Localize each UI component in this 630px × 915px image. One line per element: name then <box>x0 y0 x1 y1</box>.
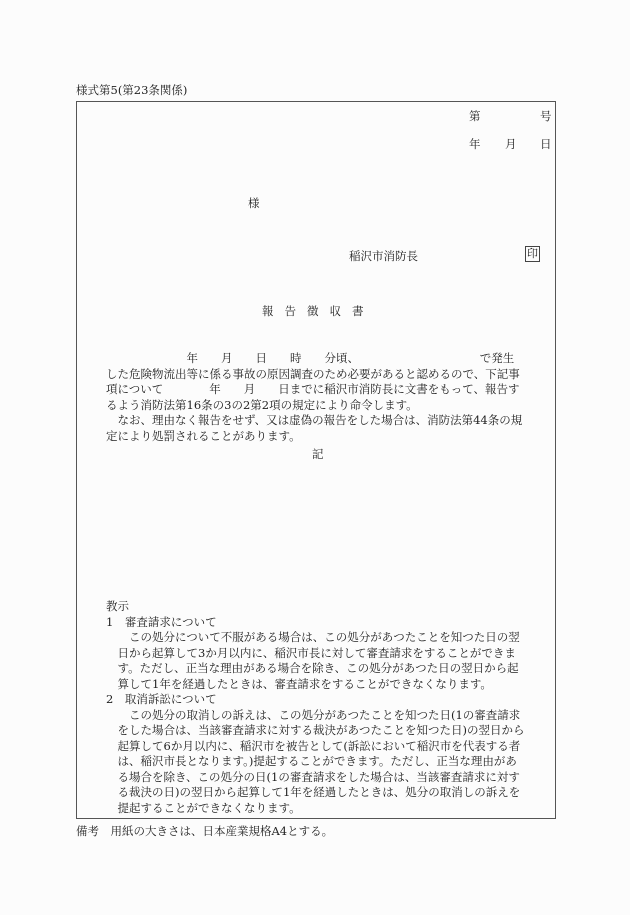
instruction-line: この処分について不服がある場合は、この処分があつたことを知つた日の翌 <box>106 630 556 646</box>
date-year-label: 年 <box>469 136 481 152</box>
body-line: 定により処罰されることがあります。 <box>106 429 556 445</box>
date-day-label: 日 <box>540 136 552 152</box>
instruction-line: 算して1年を経過したときは、審査請求をすることができなくなります。 <box>106 677 556 693</box>
body-line: した危険物流出等に係る事故の原因調査のため必要があると認めるので、下記事 <box>106 367 556 383</box>
instruction-line: 2 取消訴訟について <box>106 692 556 708</box>
instruction-line: この処分の取消しの訴えは、この処分があつたことを知つた日(1の審査請求 <box>106 708 556 724</box>
order-body: 年 月 日 時 分頃、 で発生 した危険物流出等に係る事故の原因調査のため必要が… <box>106 351 556 444</box>
body-line: 項について 年 月 日までに稲沢市消防長に文書をもって、報告す <box>106 382 556 398</box>
date-month-label: 月 <box>505 136 517 152</box>
instruction-line: す。ただし、正当な理由がある場合を除き、この処分があつた日の翌日から起 <box>106 661 556 677</box>
issuer-name: 稲沢市消防長 <box>349 248 418 264</box>
instruction-line: 1 審査請求について <box>106 615 556 631</box>
addressee-suffix: 様 <box>248 195 260 211</box>
instruction-line: 提起することができなくなります。 <box>106 801 556 817</box>
number-prefix: 第 <box>469 108 481 124</box>
instruction-line: 起算して6か月以内に、稲沢市を被告として(訴訟において稲沢市を代表する者 <box>106 739 556 755</box>
number-suffix: 号 <box>540 108 552 124</box>
seal-icon: 印 <box>525 246 540 262</box>
instruction-line: る裁決の日)の翌日から起算して1年を経過したときは、処分の取消しの訴えを <box>106 785 556 801</box>
instruction-line: る場合を除き、この処分の日(1の審査請求をした場合は、当該審査請求に対す <box>106 770 556 786</box>
remark-note: 備考 用紙の大きさは、日本産業規格A4とする。 <box>76 823 333 839</box>
instruction-line: は、稲沢市長となります。)提起することができます。ただし、正当な理由があ <box>106 754 556 770</box>
form-label: 様式第5(第23条関係) <box>76 82 187 98</box>
ki-heading: 記 <box>312 446 324 462</box>
document-title: 報告徴収書 <box>262 303 375 319</box>
instruction-line: 日から起算して3か月以内に、稲沢市長に対して審査請求をすることができま <box>106 646 556 662</box>
instruction-line: をした場合は、当該審査請求に対する裁決があつたことを知つた日)の翌日から <box>106 723 556 739</box>
body-line: 年 月 日 時 分頃、 で発生 <box>106 351 556 367</box>
body-line: るよう消防法第16条の3の2第2項の規定により命令します。 <box>106 398 556 414</box>
instructions-heading: 教示 <box>106 599 556 615</box>
instructions-section: 教示 1 審査請求について この処分について不服がある場合は、この処分があつたこ… <box>106 599 556 816</box>
body-line: なお、理由なく報告をせず、又は虚偽の報告をした場合は、消防法第44条の規 <box>106 413 556 429</box>
